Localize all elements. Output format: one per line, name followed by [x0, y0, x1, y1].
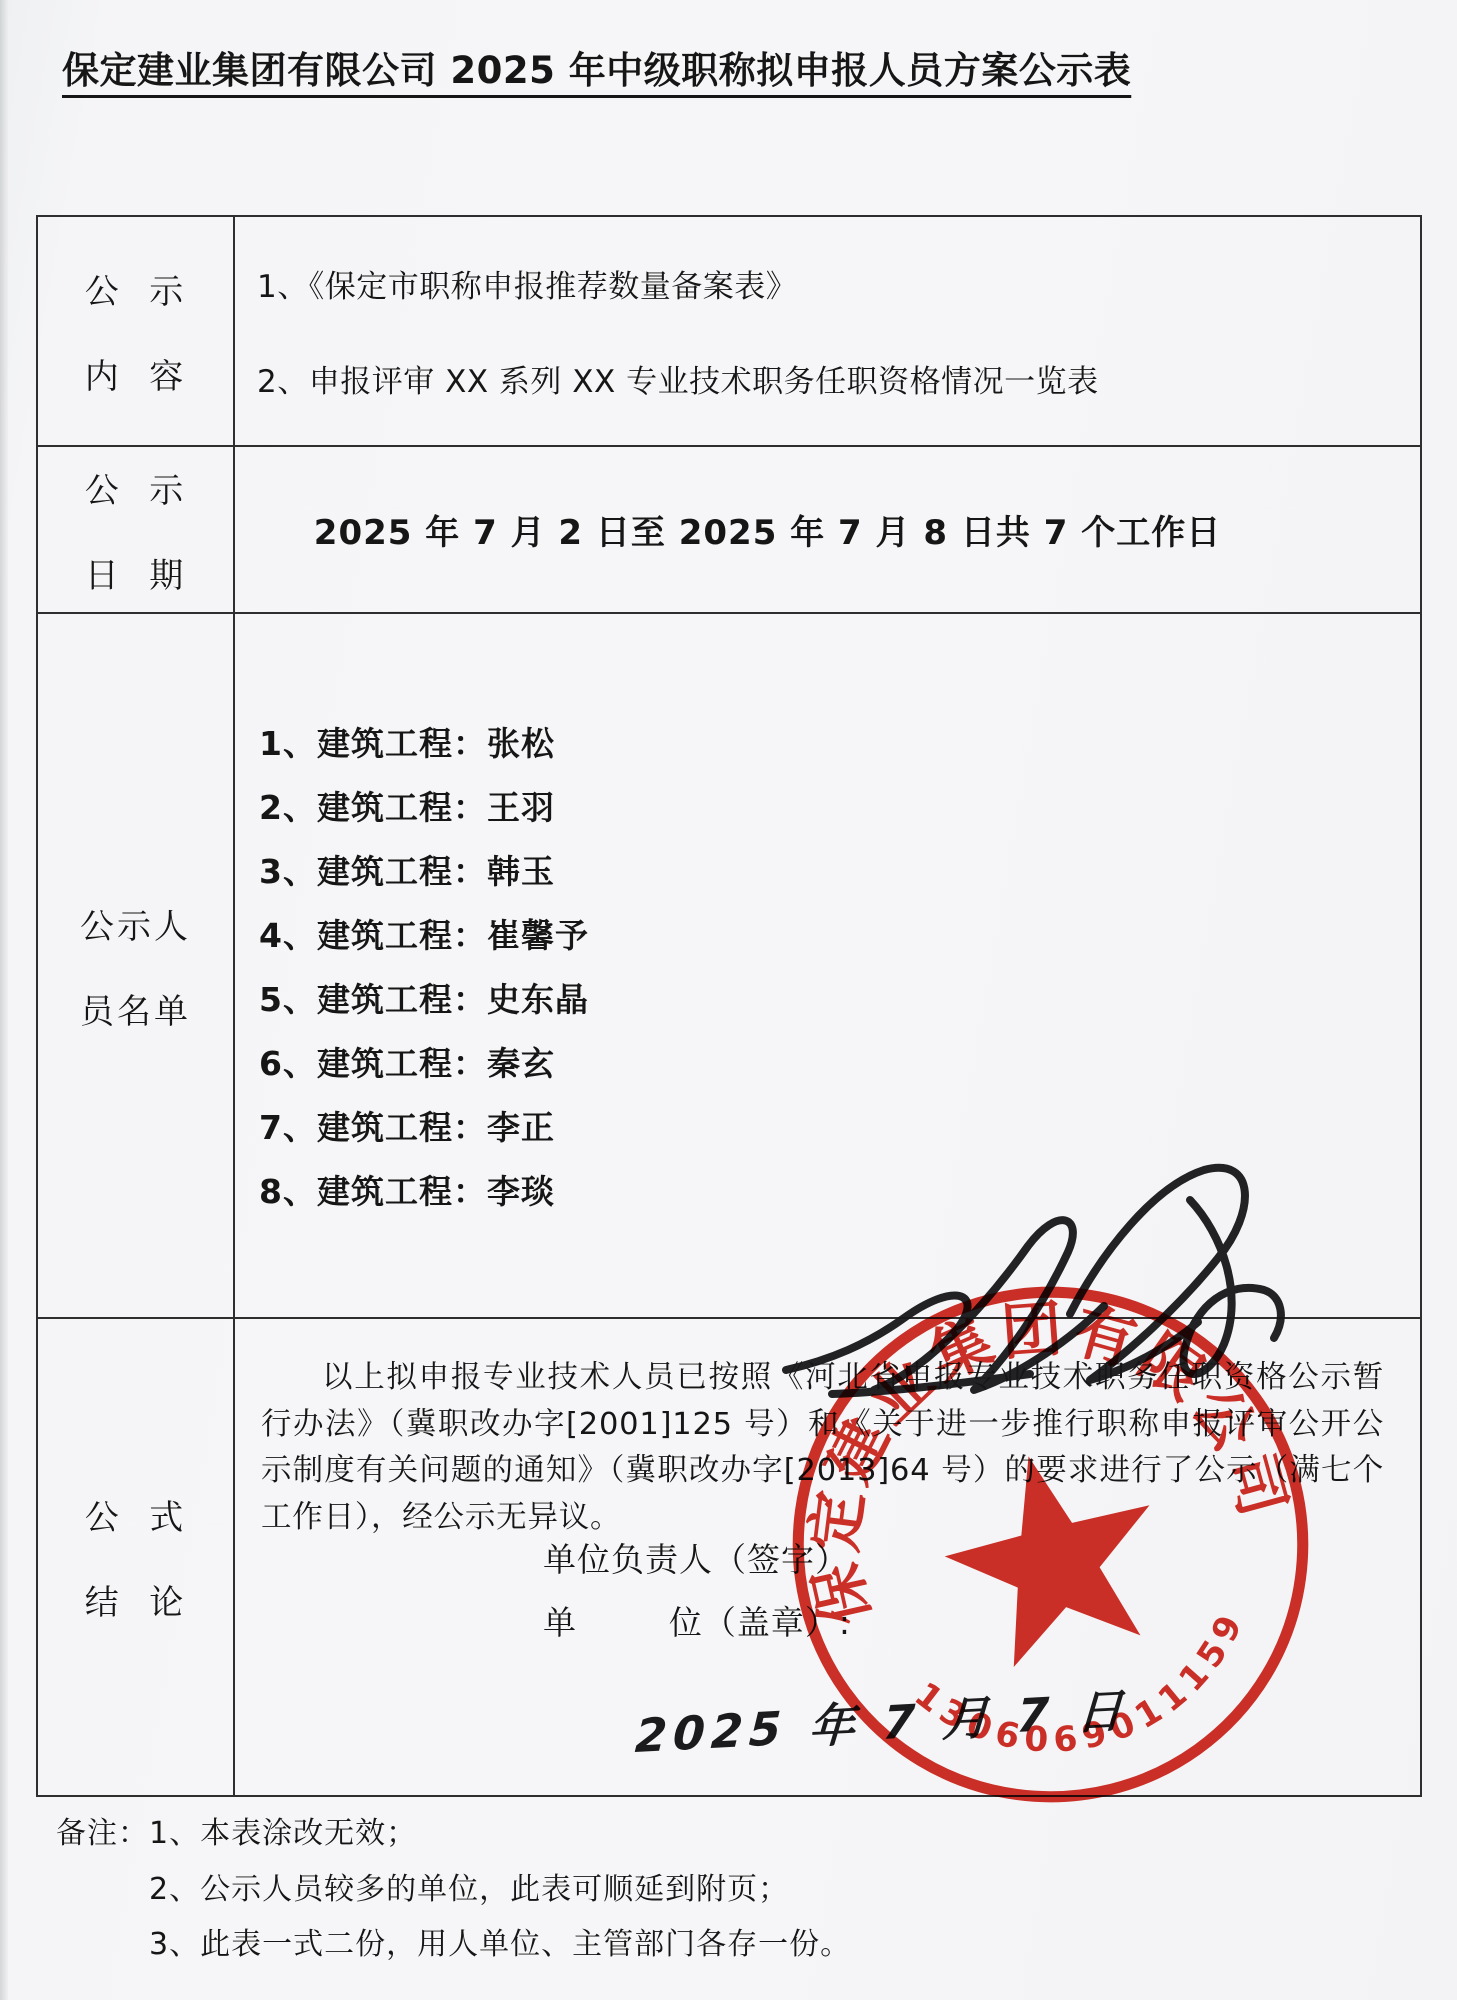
notice-content-cell: 1、《保定市职称申报推荐数量备案表》 2、申报评审 XX 系列 XX 专业技术职… — [235, 217, 1420, 447]
notice-date-cell: 2025 年 7 月 2 日至 2025 年 7 月 8 日共 7 个工作日 — [235, 447, 1420, 614]
label-line: 日 期 — [85, 548, 187, 597]
label-line: 公示人 — [80, 899, 191, 948]
footer-notes: 备注： 1、本表涂改无效； 2、公示人员较多的单位，此表可顺延到附页； 3、此表… — [56, 1806, 851, 1973]
notice-content-item: 1、《保定市职称申报推荐数量备案表》 — [257, 261, 1420, 306]
notice-content-item: 2、申报评审 XX 系列 XX 专业技术职务任职资格情况一览表 — [257, 356, 1420, 401]
label-line: 员名单 — [80, 984, 191, 1033]
note-item: 3、此表一式二份，用人单位、主管部门各存一份。 — [149, 1917, 851, 1973]
note-item: 1、本表涂改无效； — [149, 1806, 851, 1862]
document-title: 保定建业集团有限公司 2025 年中级职称拟申报人员方案公示表 — [62, 40, 1402, 94]
personnel-item: 3、建筑工程：韩玉 — [259, 846, 1420, 893]
personnel-item: 2、建筑工程：王羽 — [259, 782, 1420, 829]
row-label-notice-content: 公 示 内 容 — [38, 217, 235, 447]
row-label-conclusion: 公 式 结 论 — [38, 1319, 235, 1795]
personnel-item: 4、建筑工程：崔馨予 — [259, 910, 1420, 957]
seal-star-icon — [926, 1431, 1179, 1677]
row-label-personnel-list: 公示人 员名单 — [38, 614, 235, 1319]
label-line: 公 示 — [85, 463, 187, 512]
seal-number: 1306069011159 — [901, 1596, 1276, 1797]
personnel-item: 1、建筑工程：张松 — [259, 718, 1420, 765]
label-line: 公 式 — [85, 1490, 187, 1539]
label-line: 内 容 — [85, 349, 187, 398]
label-line: 公 示 — [85, 264, 187, 313]
personnel-item: 5、建筑工程：史东晶 — [259, 974, 1420, 1021]
notes-label: 备注： — [56, 1806, 149, 1973]
row-label-notice-date: 公 示 日 期 — [38, 447, 235, 614]
note-item: 2、公示人员较多的单位，此表可顺延到附页； — [149, 1862, 851, 1918]
scanned-document-page: 保定建业集团有限公司 2025 年中级职称拟申报人员方案公示表 公 示 内 容 … — [0, 0, 1457, 2000]
label-line: 结 论 — [85, 1575, 187, 1624]
notes-items: 1、本表涂改无效； 2、公示人员较多的单位，此表可顺延到附页； 3、此表一式二份… — [149, 1806, 851, 1973]
personnel-item: 6、建筑工程：秦玄 — [259, 1038, 1420, 1085]
